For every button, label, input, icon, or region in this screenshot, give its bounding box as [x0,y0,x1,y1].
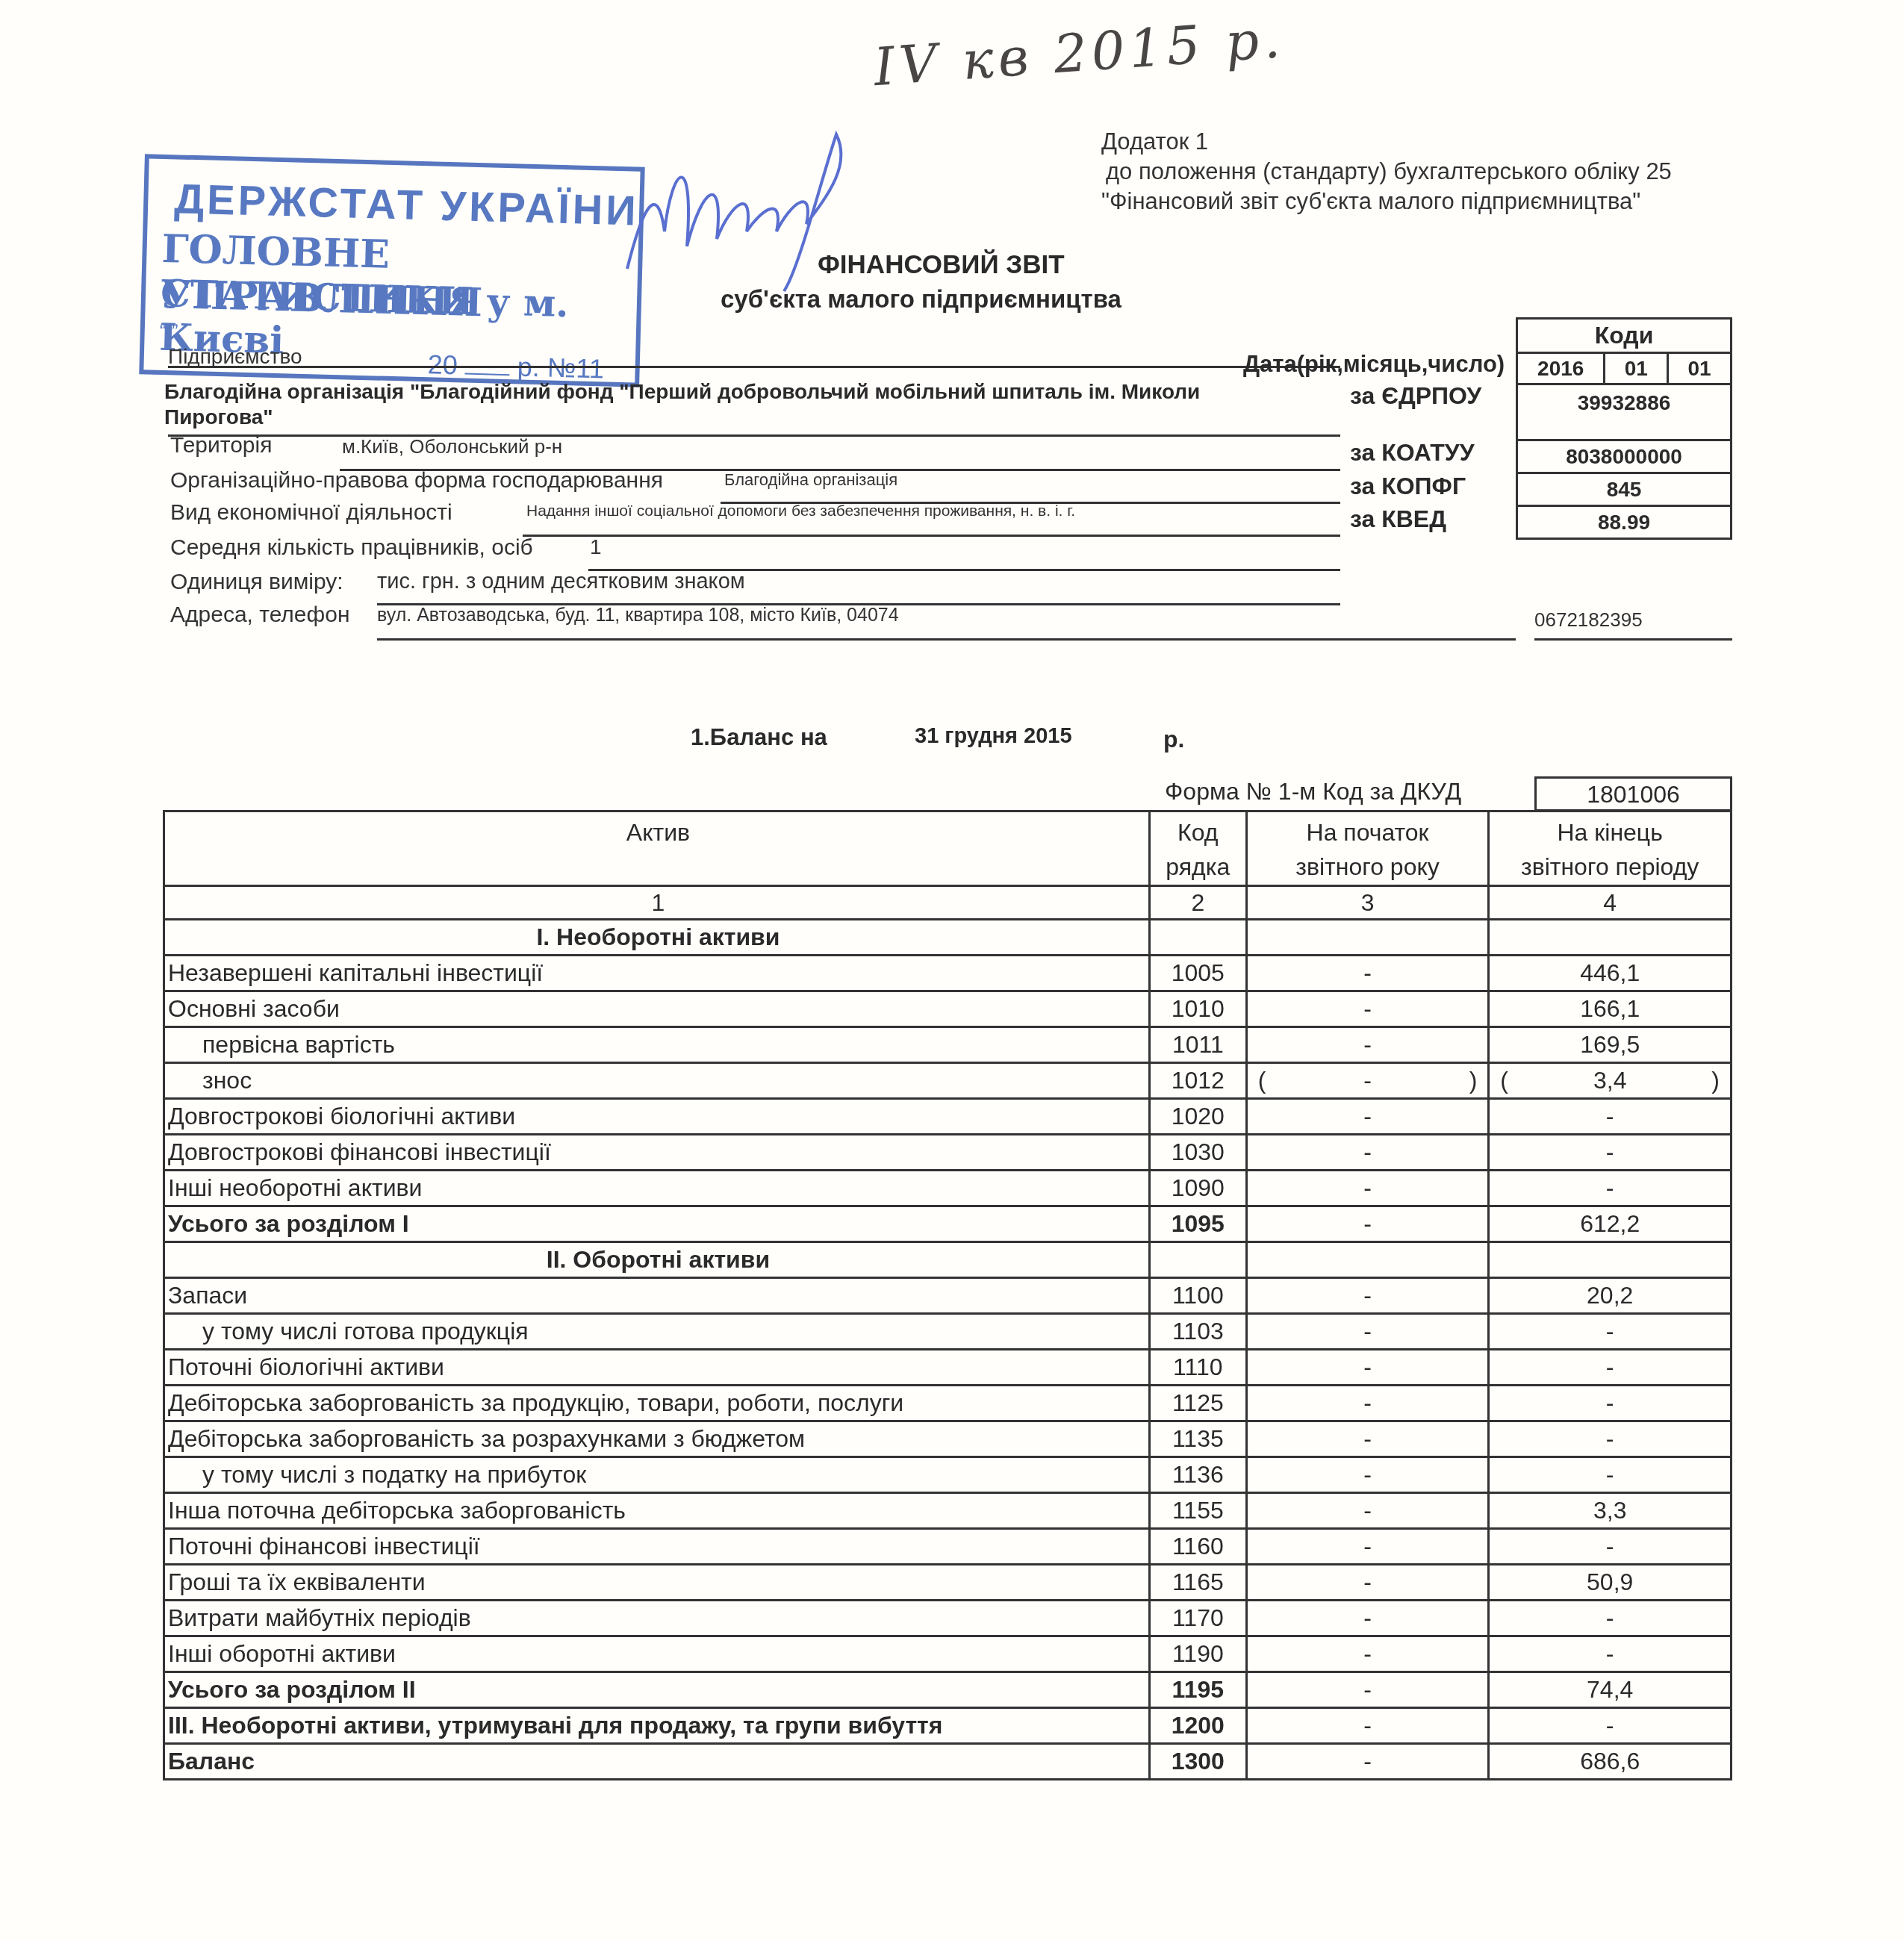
row-code: 1110 [1149,1350,1246,1386]
col-number-1: 1 [164,886,1150,920]
row-start-value: - [1246,1565,1489,1601]
row-label: Основні засоби [164,991,1150,1027]
row-end-value: 446,1 [1489,956,1732,991]
row-start-value: - [1246,1636,1489,1672]
row-start-value: - [1246,1672,1489,1708]
row-start-value: - [1246,1744,1489,1780]
row-code: 1090 [1149,1171,1246,1206]
row-end-value: - [1489,1421,1732,1457]
row-label: Поточні фінансові інвестиції [164,1529,1150,1565]
row-code: 1300 [1149,1744,1246,1780]
code-kopfg: 845 [1518,472,1730,505]
address-label: Адреса, телефон [170,602,349,628]
row-label: Усього за розділом I [164,1206,1150,1242]
koatuu-label: за КОАТУУ [1350,439,1475,467]
row-code: 1195 [1149,1672,1246,1708]
edrpou-label: за ЄДРПОУ [1350,382,1481,410]
row-label: знос [164,1063,1150,1099]
row-code: 1100 [1149,1278,1246,1314]
annex-line-3: "Фінансовий звіт суб'єкта малого підприє… [1101,187,1672,216]
row-label: Гроші та їх еквіваленти [164,1565,1150,1601]
row-code: 1165 [1149,1565,1246,1601]
row-end-value: 166,1 [1489,991,1732,1027]
kved-label: за КВЕД [1350,505,1446,533]
col-number-3: 3 [1246,886,1489,920]
col-number-4: 4 [1489,886,1732,920]
table-row: III. Необоротні активи, утримувані для п… [164,1708,1732,1744]
table-row: Довгострокові фінансові інвестиції1030-- [164,1135,1732,1171]
row-end-value: - [1489,1135,1732,1171]
legal-form-label: Організаційно-правова форма господарюван… [170,468,663,493]
row-start-value [1246,920,1489,956]
row-start-value: - [1246,1708,1489,1744]
row-code: 1136 [1149,1457,1246,1493]
report-title: ФІНАНСОВИЙ ЗВІТ [818,250,1065,280]
row-end-value: - [1489,1350,1732,1386]
unit-value: тис. грн. з одним десятковим знаком [377,570,745,594]
row-start-value: - [1246,1350,1489,1386]
annex-line-1: Додаток 1 [1101,127,1672,157]
balance-table: Актив Кодрядка На початокзвітного року Н… [163,810,1732,1780]
row-start-value: - [1246,1135,1489,1171]
unit-label: Одиниця виміру: [170,570,343,595]
row-end-value: - [1489,1636,1732,1672]
row-end-value: 20,2 [1489,1278,1732,1314]
row-end-value: - [1489,1099,1732,1135]
row-end-value [1489,1242,1732,1278]
row-start-value: - [1246,1529,1489,1565]
row-code: 1200 [1149,1708,1246,1744]
row-label: Дебіторська заборгованість за продукцію,… [164,1386,1150,1421]
row-start-value: - [1246,1601,1489,1636]
legal-form-value: Благодійна організація [724,470,897,490]
row-label: II. Оборотні активи [164,1242,1150,1278]
row-code: 1010 [1149,991,1246,1027]
table-row: Незавершені капітальні інвестиції1005-44… [164,956,1732,991]
row-code [1149,920,1246,956]
row-label: у тому числі з податку на прибуток [164,1457,1150,1493]
col-header-code: Кодрядка [1149,811,1246,886]
row-code: 1020 [1149,1099,1246,1135]
enterprise-name-line-2: Пирогова" [164,405,1200,430]
handwritten-period-note: IV кв 2015 р. [872,8,1287,98]
row-code [1149,1242,1246,1278]
balance-year-suffix: р. [1163,726,1184,753]
stamp-year-prefix: 20 [427,349,458,380]
row-label: Незавершені капітальні інвестиції [164,956,1150,991]
row-end-value: 612,2 [1489,1206,1732,1242]
row-end-value: - [1489,1314,1732,1350]
row-end-value: (3,4) [1489,1063,1732,1099]
row-label: Довгострокові фінансові інвестиції [164,1135,1150,1171]
row-code: 1160 [1149,1529,1246,1565]
row-end-value: 686,6 [1489,1744,1732,1780]
row-code: 1095 [1149,1206,1246,1242]
row-start-value: - [1246,956,1489,991]
row-label: Інша поточна дебіторська заборгованість [164,1493,1150,1529]
table-row: Основні засоби1010-166,1 [164,991,1732,1027]
row-code: 1005 [1149,956,1246,991]
code-edrpou: 39932886 [1518,383,1730,439]
row-start-value: - [1246,1027,1489,1063]
table-header-row: Актив Кодрядка На початокзвітного року Н… [164,811,1732,886]
row-label: Поточні біологічні активи [164,1350,1150,1386]
row-start-value: - [1246,1493,1489,1529]
row-end-value: - [1489,1386,1732,1421]
date-label: Дата(рік,місяць,число) [1243,351,1505,378]
code-koatuu: 8038000000 [1518,439,1730,472]
row-end-value: - [1489,1708,1732,1744]
row-code: 1155 [1149,1493,1246,1529]
row-end-value [1489,920,1732,956]
stamp-line-1: ДЕРЖСТАТ УКРАЇНИ [174,174,640,234]
table-row: Гроші та їх еквіваленти1165-50,9 [164,1565,1732,1601]
row-label: Інші необоротні активи [164,1171,1150,1206]
column-number-row: 1 2 3 4 [164,886,1732,920]
row-start-value: - [1246,1099,1489,1135]
territory-value: м.Київ, Оболонський р-н [342,435,562,458]
row-end-value: - [1489,1457,1732,1493]
address-value: вул. Автозаводська, буд. 11, квартира 10… [377,605,899,626]
row-label: Баланс [164,1744,1150,1780]
table-row: Дебіторська заборгованість за продукцію,… [164,1386,1732,1421]
table-row: у тому числі з податку на прибуток1136-- [164,1457,1732,1493]
row-code: 1011 [1149,1027,1246,1063]
row-end-value: 50,9 [1489,1565,1732,1601]
date-month: 01 [1603,354,1667,383]
col-header-start: На початокзвітного року [1246,811,1489,886]
stamp-quotes: “ ” [159,320,178,343]
row-end-value: - [1489,1601,1732,1636]
col-header-asset: Актив [164,811,1150,886]
table-row: Інша поточна дебіторська заборгованість1… [164,1493,1732,1529]
table-row: у тому числі готова продукція1103-- [164,1314,1732,1350]
codes-header: Коди [1518,320,1730,352]
row-label: Витрати майбутніх періодів [164,1601,1150,1636]
table-row: Поточні біологічні активи1110-- [164,1350,1732,1386]
date-day: 01 [1667,354,1730,383]
table-row: первісна вартість1011-169,5 [164,1027,1732,1063]
codes-box: Коди 2016 01 01 39932886 8038000000 845 … [1516,317,1732,540]
row-label: Запаси [164,1278,1150,1314]
row-end-value: 3,3 [1489,1493,1732,1529]
row-code: 1030 [1149,1135,1246,1171]
row-start-value: - [1246,1386,1489,1421]
balance-title: 1.Баланс на [691,724,827,751]
row-label: Інші оборотні активи [164,1636,1150,1672]
row-label: у тому числі готова продукція [164,1314,1150,1350]
row-start-value: - [1246,1171,1489,1206]
table-row: знос1012(-)(3,4) [164,1063,1732,1099]
row-label: I. Необоротні активи [164,920,1150,956]
row-code: 1103 [1149,1314,1246,1350]
table-row: Витрати майбутніх періодів1170-- [164,1601,1732,1636]
activity-value: Надання іншої соціальної допомоги без за… [526,502,1075,520]
row-end-value: - [1489,1171,1732,1206]
row-label: Дебіторська заборгованість за розрахунка… [164,1421,1150,1457]
row-code: 1125 [1149,1386,1246,1421]
col-number-2: 2 [1149,886,1246,920]
row-label: Усього за розділом II [164,1672,1150,1708]
annex-line-2: до положення (стандарту) бухгалтерського… [1101,157,1672,187]
table-row: Усього за розділом II1195-74,4 [164,1672,1732,1708]
section-header-row: II. Оборотні активи [164,1242,1732,1278]
activity-underline [523,535,1340,537]
kopfg-label: за КОПФГ [1350,473,1466,500]
enterprise-name-line-1: Благодійна організація "Благодійний фонд… [164,379,1200,405]
address-underline [377,638,1516,641]
row-end-value: 169,5 [1489,1027,1732,1063]
employees-value: 1 [590,535,602,559]
code-kved: 88.99 [1518,505,1730,538]
codes-date: 2016 01 01 [1518,352,1730,383]
row-end-value: 74,4 [1489,1672,1732,1708]
activity-label: Вид економічної діяльності [170,500,452,526]
row-code: 1012 [1149,1063,1246,1099]
date-year: 2016 [1518,354,1603,383]
table-row: Дебіторська заборгованість за розрахунка… [164,1421,1732,1457]
phone-value: 0672182395 [1534,608,1643,632]
table-row: Довгострокові біологічні активи1020-- [164,1099,1732,1135]
employees-label: Середня кількість працівників, осіб [170,535,533,561]
phone-underline [1534,638,1732,641]
row-code: 1190 [1149,1636,1246,1672]
table-row: Поточні фінансові інвестиції1160-- [164,1529,1732,1565]
row-start-value: - [1246,1421,1489,1457]
annex-reference: Додаток 1 до положення (стандарту) бухга… [1101,127,1672,216]
col-header-end: На кінецьзвітного періоду [1489,811,1732,886]
row-label: первісна вартість [164,1027,1150,1063]
report-subtitle: суб'єкта малого підприємництва [721,285,1121,314]
section-header-row: I. Необоротні активи [164,920,1732,956]
row-code: 1135 [1149,1421,1246,1457]
row-label: Довгострокові біологічні активи [164,1099,1150,1135]
row-end-value: - [1489,1529,1732,1565]
dkud-code: 1801006 [1534,776,1732,811]
table-row: Інші оборотні активи1190-- [164,1636,1732,1672]
row-start-value: - [1246,1457,1489,1493]
balance-date: 31 грудня 2015 [915,724,1072,749]
row-start-value: - [1246,1314,1489,1350]
form-label: Форма № 1-м Код за ДКУД [1165,778,1461,806]
table-row: Баланс1300-686,6 [164,1744,1732,1780]
table-row: Усього за розділом I1095-612,2 [164,1206,1732,1242]
row-start-value: - [1246,1278,1489,1314]
territory-label: Територія [170,433,272,458]
table-row: Запаси1100-20,2 [164,1278,1732,1314]
enterprise-underline [168,366,1340,368]
row-start-value: - [1246,1206,1489,1242]
table-row: Інші необоротні активи1090-- [164,1171,1732,1206]
row-label: III. Необоротні активи, утримувані для п… [164,1708,1150,1744]
enterprise-name: Благодійна організація "Благодійний фонд… [164,379,1200,430]
row-start-value: (-) [1246,1063,1489,1099]
row-code: 1170 [1149,1601,1246,1636]
row-start-value [1246,1242,1489,1278]
row-start-value: - [1246,991,1489,1027]
